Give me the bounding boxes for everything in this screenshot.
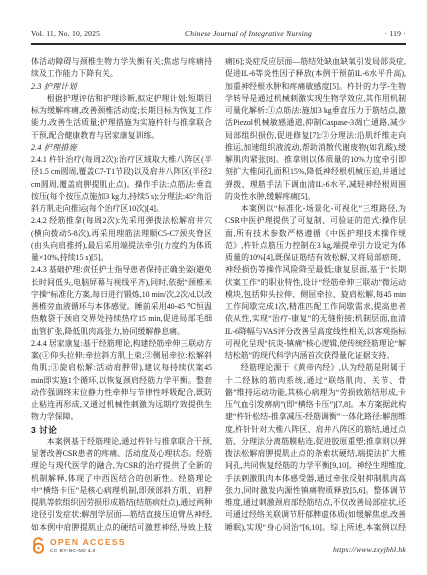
body-paragraph: 2.4.2 经筋推拿(每周2次):先采用弹拨法松解肩井穴(横向拨动5-8次),再… [31, 215, 212, 264]
body-paragraph: 本案例以“标准化-场景化-可视化”三维路径,为CSR中医护理提供了可复制、可验证… [225, 203, 406, 362]
journal-volume: Vol. 11, No. 10, 2025 [31, 29, 151, 38]
left-column: 体活动障碍与颈椎生物力学失衡有关;焦虑与疼痛持续及工作能力下降有关。 2.3 护… [31, 56, 212, 532]
page-number: · 119 · [346, 29, 406, 38]
open-access-label: OPEN ACCESS [50, 537, 126, 547]
journal-title: Chinese Journal of Integrative Nursing [151, 29, 346, 38]
body-paragraph: 痛[6];炎症反应层面—筋结处缺血缺氧引发局部炎症,促进IL-6等炎性因子释放(… [225, 56, 406, 203]
body-paragraph: 本案例基于经筋理论,通过杵针与推拿联合干预,显著改善CSR患者的疼痛、活动度及心… [31, 436, 212, 532]
open-access-text: OPEN ACCESS CC BY-NC-ND 4.0 [50, 537, 126, 554]
license-label: CC BY-NC-ND 4.0 [50, 549, 126, 554]
body-paragraph: 2.4.3 基础护理:责任护士指导患者保持正确坐姿(避免长时间低头,电脑屏幕与视… [31, 264, 212, 338]
open-access-badge: OPEN ACCESS CC BY-NC-ND 4.0 [31, 537, 126, 554]
body-paragraph: 2.4.4 居家康复:基于经筋理论,构建经筋牵伸三联动方案(①仰头拉伸:牵拉斜方… [31, 338, 212, 424]
journal-url: https://www.zxyjhhl.hk [333, 545, 406, 554]
page-header: Vol. 11, No. 10, 2025 Chinese Journal of… [31, 29, 406, 45]
discussion-heading: 3 讨论 [31, 424, 212, 436]
section-heading: 2.3 护理计划 [31, 81, 212, 93]
section-heading: 2.4 护理措施 [31, 142, 212, 154]
journal-page: Vol. 11, No. 10, 2025 Chinese Journal of… [0, 0, 427, 575]
open-lock-icon [31, 537, 46, 554]
right-column: 痛[6];炎症反应层面—筋结处缺血缺氧引发局部炎症,促进IL-6等炎性因子释放(… [225, 56, 406, 532]
body-paragraph: 根据护理评估和护理诊断,拟定护理计划:短期目标为缓解疼痛,改善颈椎活动度;长期目… [31, 93, 212, 142]
body-paragraph: 体活动障碍与颈椎生物力学失衡有关;焦虑与疼痛持续及工作能力下降有关。 [31, 56, 212, 81]
body-paragraph: 经筋理论源于《黄帝内经》,认为经筋是附属于十二经脉的筋肉系统,通过“联络肌肉、关… [225, 362, 406, 532]
body-paragraph: 2.4.1 杵针治疗(每周2次):治疗区域取大椎八阵区(半径1.5 cm圆周,覆… [31, 154, 212, 215]
